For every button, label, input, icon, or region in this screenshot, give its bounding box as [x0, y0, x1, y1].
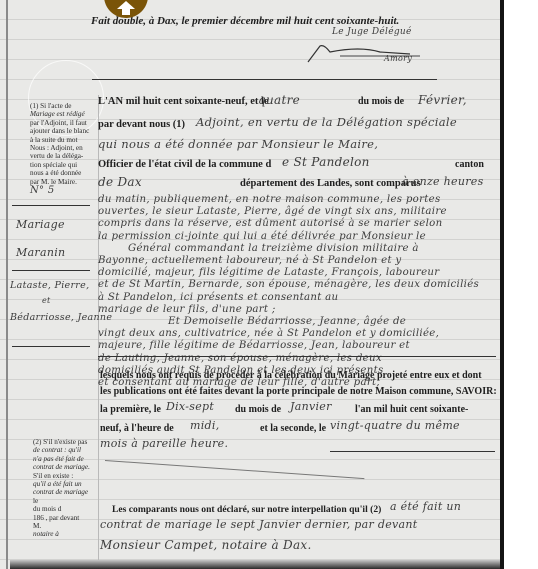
page-right-edge — [500, 0, 504, 569]
contrat-text-2: contrat de mariage le sept Janvier derni… — [100, 518, 417, 531]
delegation-text: qui nous a été donnée par Monsieur le Ma… — [98, 137, 378, 151]
margin-rule — [12, 205, 90, 206]
paragraph-end-rule — [98, 356, 496, 357]
commune-name: e St Pandelon — [282, 155, 370, 169]
month-label: du mois de — [358, 96, 404, 107]
canton-label: canton — [455, 159, 484, 170]
act-day: quatre — [258, 93, 300, 107]
par-devant-label: par devant nous (1) — [98, 119, 185, 130]
pub-end-rule — [330, 451, 495, 452]
pub1-month: Janvier — [290, 400, 332, 413]
departement-label: département des Landes, sont comparus — [240, 178, 421, 189]
body-line-1: L'AN mil huit cent soixante-neuf, et le — [98, 96, 269, 107]
pub1-year-label: l'an mil huit cent soixante- — [355, 404, 468, 415]
margin-rule — [12, 346, 90, 347]
signature-name: Amory — [384, 54, 412, 63]
signature-flourish — [300, 42, 460, 66]
contrat-text-3: Monsieur Campet, notaire à Dax. — [100, 538, 312, 552]
declare-line: Les comparants nous ont déclaré, sur not… — [112, 504, 381, 515]
party-and: et — [42, 296, 51, 305]
canton-name: de Dax — [98, 175, 142, 189]
seconde-label: et la seconde, le — [260, 423, 326, 434]
pub1-month-label: du mois de — [235, 404, 281, 415]
premiere-label: la première, le — [100, 404, 161, 415]
signature-title: Le Juge Délégué — [332, 27, 412, 37]
pub-hour: midi, — [190, 419, 220, 432]
margin-rule — [12, 270, 90, 271]
fait-double-line: Fait double, à Dax, le premier décembre … — [91, 15, 399, 27]
pub2-day: vingt-quatre du même — [330, 419, 460, 432]
pub1-day: Dix-sept — [166, 400, 214, 413]
hour-text: à onze heures — [402, 175, 484, 188]
heure-label: neuf, à l'heure de — [100, 423, 174, 434]
requis-line: lesquels nous ont requis de procéder à l… — [100, 370, 482, 381]
header-rule — [92, 79, 437, 80]
pub3-text: mois à pareille heure. — [100, 437, 228, 450]
handwritten-paragraph: du matin, publiquement, en notre maison … — [98, 194, 493, 389]
register-page: Fait double, à Dax, le premier décembre … — [0, 0, 500, 569]
publications-line: les publications ont été faites devant l… — [100, 386, 497, 397]
act-type-1: Mariage — [16, 218, 65, 231]
act-number: N° 5 — [30, 185, 55, 196]
party-2: Bédarriosse, Jeanne — [10, 312, 112, 323]
act-month: Février, — [418, 93, 467, 107]
margin-note-contrat: (2) S'il n'existe pasde contrat : qu'iln… — [33, 438, 99, 539]
party-1: Lataste, Pierre, — [10, 280, 89, 291]
arrow-up-icon — [116, 0, 136, 16]
page-binding-edge — [6, 0, 8, 569]
page-bottom-shadow — [10, 560, 500, 569]
adjoint-text: Adjoint, en vertu de la Délégation spéci… — [196, 115, 457, 129]
margin-note-adjoint: (1) Si l'acte deMariage est rédigépar l'… — [30, 102, 96, 186]
act-type-2: Maranin — [16, 246, 65, 259]
strike-line — [105, 460, 364, 479]
officier-label: Officier de l'état civil de la commune d — [98, 159, 271, 170]
contrat-text-1: a été fait un — [390, 500, 461, 513]
